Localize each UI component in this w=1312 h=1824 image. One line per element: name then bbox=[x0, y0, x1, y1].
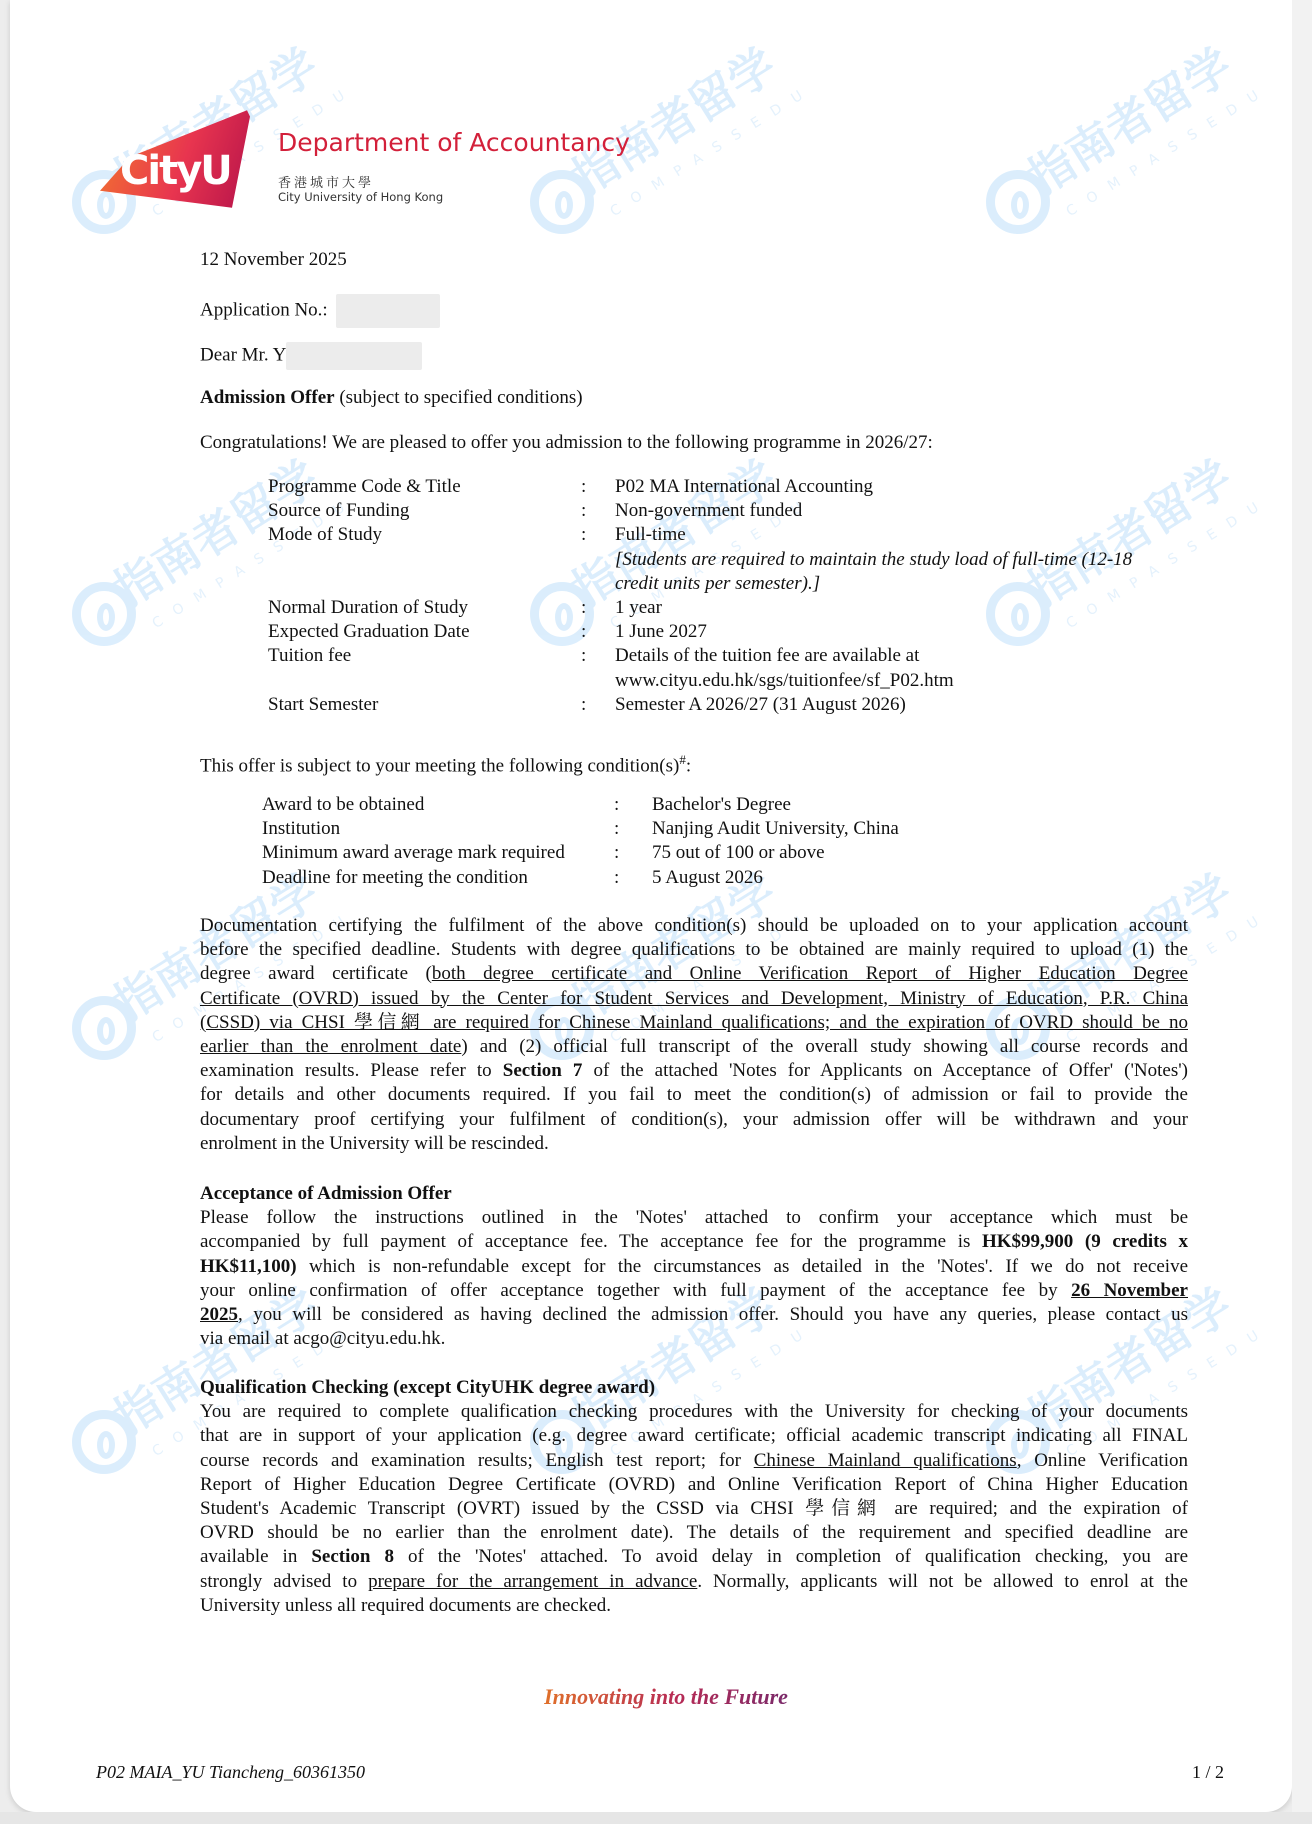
application-number: Application No.: bbox=[200, 294, 440, 328]
detail-row: Mode of Study:Full-time bbox=[268, 523, 1235, 547]
condition-row: Award to be obtained:Bachelor's Degree bbox=[262, 793, 1152, 817]
watermark-logo-icon bbox=[72, 582, 136, 646]
intro-text: Congratulations! We are pleased to offer… bbox=[200, 431, 933, 455]
condition-row: Institution:Nanjing Audit University, Ch… bbox=[262, 817, 1152, 841]
detail-row: Expected Graduation Date:1 June 2027 bbox=[268, 620, 1235, 644]
watermark-logo-icon bbox=[72, 996, 136, 1060]
slogan: Innovating into the Future bbox=[10, 1684, 1292, 1710]
detail-row: Source of Funding:Non-government funded bbox=[268, 499, 1235, 523]
salutation-name-redacted bbox=[286, 342, 422, 370]
university-name-english: City University of Hong Kong bbox=[278, 190, 443, 204]
watermark-logo-icon bbox=[530, 170, 594, 234]
watermark-logo-icon bbox=[986, 170, 1050, 234]
document-reference: P02 MAIA_YU Tiancheng_60361350 bbox=[96, 1762, 365, 1783]
letter-page: 指南者留学COMPASSEDU 指南者留学COMPASSEDU 指南者留学COM… bbox=[10, 0, 1292, 1812]
documentation-paragraph: Documentation certifying the fulfilment … bbox=[200, 914, 1188, 1156]
condition-row: Deadline for meeting the condition:5 Aug… bbox=[262, 866, 1152, 890]
acceptance-deadline: 26 November bbox=[1071, 1280, 1188, 1301]
detail-row: Programme Code & Title:P02 MA Internatio… bbox=[268, 475, 1235, 499]
department-name: Department of Accountancy bbox=[278, 128, 630, 157]
salutation: Dear Mr. Y bbox=[200, 342, 422, 370]
detail-row: Normal Duration of Study:1 year bbox=[268, 596, 1235, 620]
conditions-intro: This offer is subject to your meeting th… bbox=[200, 748, 691, 778]
application-number-redacted bbox=[336, 294, 440, 328]
contact-email: via email at acgo@cityu.edu.hk. bbox=[200, 1327, 1188, 1351]
acceptance-heading: Acceptance of Admission Offer bbox=[200, 1182, 1188, 1206]
detail-row: Tuition fee:Details of the tuition fee a… bbox=[268, 644, 1235, 668]
page-number: 1 / 2 bbox=[1192, 1762, 1224, 1783]
salutation-text: Dear Mr. Y bbox=[200, 344, 286, 365]
detail-row: Start Semester:Semester A 2026/27 (31 Au… bbox=[268, 693, 1235, 717]
viewer-background bbox=[1292, 0, 1312, 1824]
logo-wordmark: CityU bbox=[120, 148, 231, 194]
qualification-heading: Qualification Checking (except CityUHK d… bbox=[200, 1376, 1188, 1400]
offer-title: Admission Offer (subject to specified co… bbox=[200, 386, 583, 410]
letter-date: 12 November 2025 bbox=[200, 248, 347, 272]
cityu-logo: CityU bbox=[100, 106, 250, 212]
programme-details: Programme Code & Title:P02 MA Internatio… bbox=[268, 475, 1235, 717]
university-name-chinese: 香港城市大學 bbox=[278, 172, 374, 191]
viewer-background-bottom bbox=[0, 1812, 1312, 1824]
qualification-section: Qualification Checking (except CityUHK d… bbox=[200, 1376, 1188, 1618]
condition-row: Minimum award average mark required:75 o… bbox=[262, 841, 1152, 865]
watermark-logo-icon bbox=[72, 1410, 136, 1474]
detail-row-note: www.cityu.edu.hk/sgs/tuitionfee/sf_P02.h… bbox=[268, 669, 1235, 693]
application-number-label: Application No.: bbox=[200, 299, 328, 320]
conditions-details: Award to be obtained:Bachelor's Degree I… bbox=[262, 793, 1152, 890]
detail-row-note: credit units per semester).] bbox=[268, 572, 1235, 596]
tuition-fee-link[interactable]: www.cityu.edu.hk/sgs/tuitionfee/sf_P02.h… bbox=[615, 669, 1235, 693]
detail-row-note: [Students are required to maintain the s… bbox=[268, 548, 1235, 572]
acceptance-section: Acceptance of Admission Offer Please fol… bbox=[200, 1182, 1188, 1351]
